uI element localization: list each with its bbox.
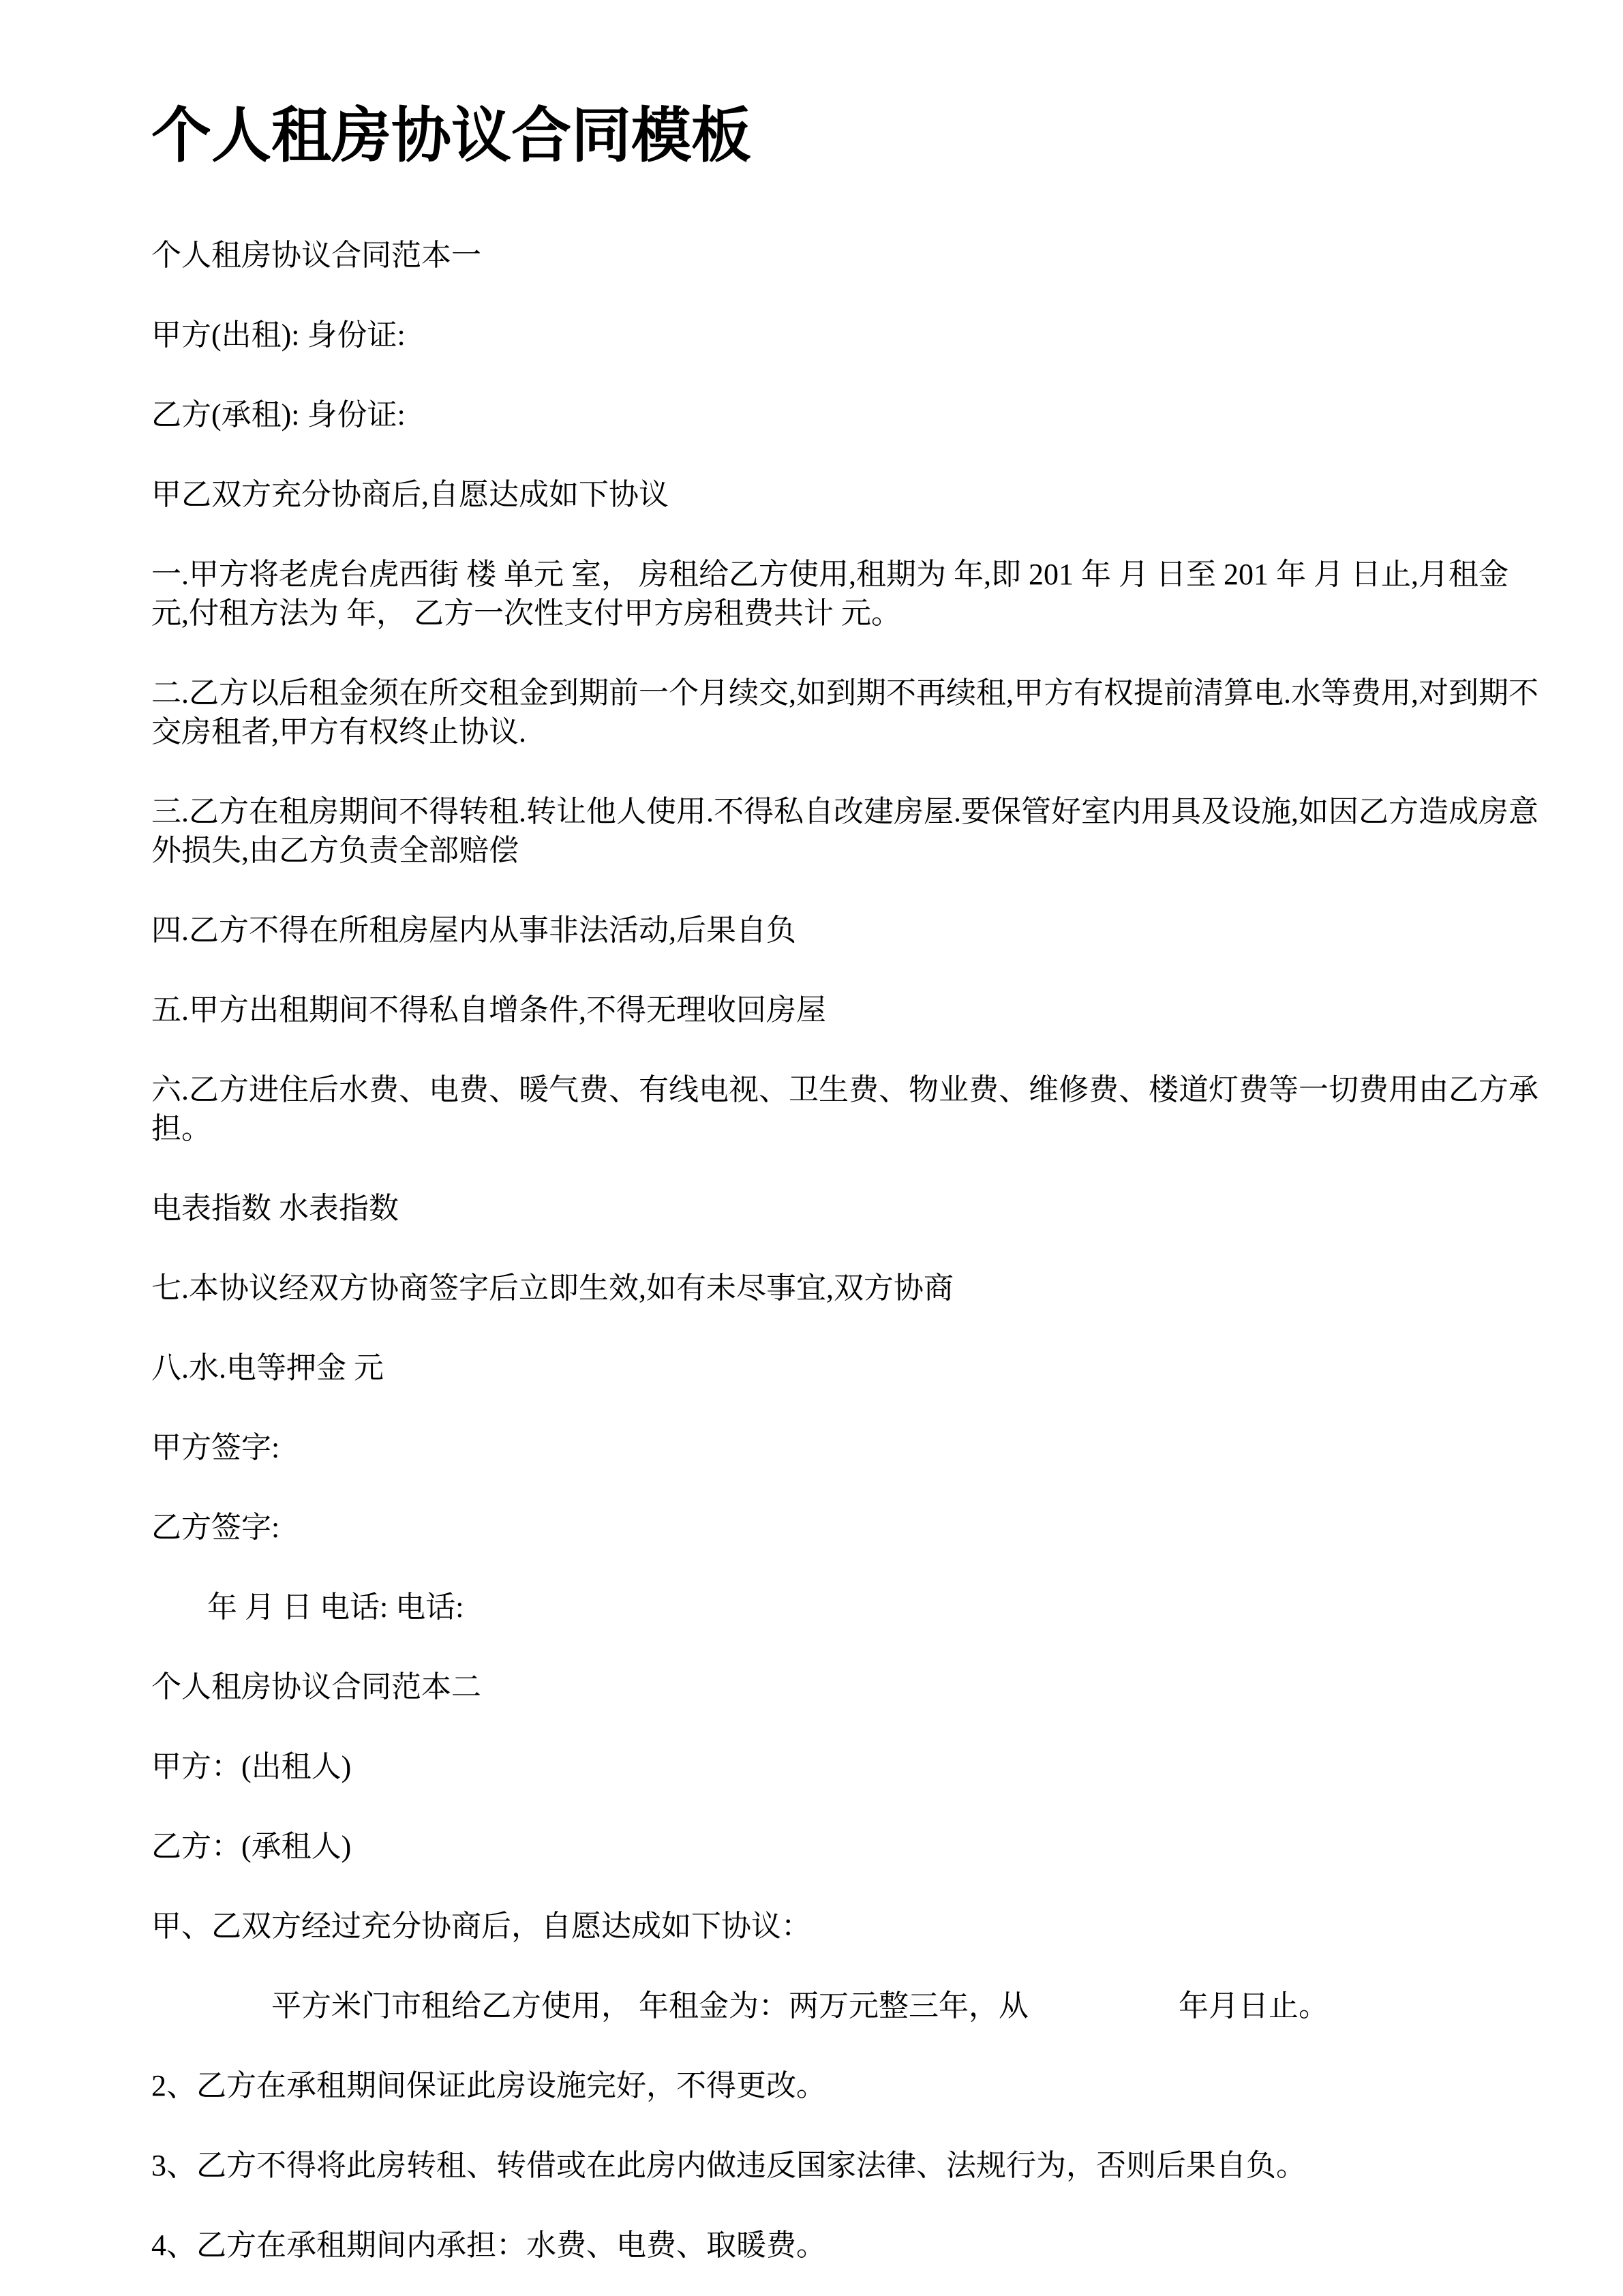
clause-8: 八.水.电等押金 元 [151, 1348, 1541, 1387]
agreement-intro: 甲乙双方充分协商后,自愿达成如下协议 [151, 475, 1541, 514]
party-b-signature-line: 乙方签字: [151, 1508, 1541, 1547]
document-title: 个人租房协议合同模板 [151, 102, 1541, 171]
clause-4: 四.乙方不得在所租房屋内从事非法活动,后果自负 [151, 911, 1541, 950]
contract-document-page: 个人租房协议合同模板 个人租房协议合同范本一 甲方(出租): 身份证: 乙方(承… [0, 0, 1623, 2296]
part2-party-a-line: 甲方：(出租人) [151, 1747, 1541, 1786]
part2-clause-2: 2、乙方在承租期间保证此房设施完好，不得更改。 [151, 2066, 1541, 2105]
part2-clause-1: 平方米门市租给乙方使用， 年租金为：两万元整三年，从 年月日止。 [151, 1987, 1541, 2025]
clause-6: 六.乙方进住后水费、电费、暖气费、有线电视、卫生费、物业费、维修费、楼道灯费等一… [151, 1070, 1541, 1148]
part2-agreement-intro: 甲、乙双方经过充分协商后，自愿达成如下协议： [151, 1907, 1541, 1946]
section2-heading: 个人租房协议合同范本二 [151, 1667, 1541, 1706]
party-a-signature-line: 甲方签字: [151, 1428, 1541, 1467]
clause-5: 五.甲方出租期间不得私自增条件,不得无理收回房屋 [151, 991, 1541, 1029]
section1-heading: 个人租房协议合同范本一 [151, 236, 1541, 275]
part2-clause-3: 3、乙方不得将此房转租、转借或在此房内做违反国家法律、法规行为，否则后果自负。 [151, 2146, 1541, 2185]
date-phone-line: 年 月 日 电话: 电话: [151, 1588, 1541, 1627]
clause-1: 一.甲方将老虎台虎西街 楼 单元 室， 房租给乙方使用,租期为 年,即 201 … [151, 555, 1541, 633]
party-a-id-line: 甲方(出租): 身份证: [151, 316, 1541, 354]
meter-readings-line: 电表指数 水表指数 [151, 1189, 1541, 1228]
party-b-id-line: 乙方(承租): 身份证: [151, 395, 1541, 434]
clause-7: 七.本协议经双方协商签字后立即生效,如有未尽事宜,双方协商 [151, 1269, 1541, 1308]
clause-3: 三.乙方在租房期间不得转租.转让他人使用.不得私自改建房屋.要保管好室内用具及设… [151, 792, 1541, 870]
clause-2: 二.乙方以后租金须在所交租金到期前一个月续交,如到期不再续租,甲方有权提前清算电… [151, 674, 1541, 751]
part2-party-b-line: 乙方：(承租人) [151, 1827, 1541, 1866]
part2-clause-4: 4、乙方在承租期间内承担：水费、电费、取暖费。 [151, 2226, 1541, 2265]
